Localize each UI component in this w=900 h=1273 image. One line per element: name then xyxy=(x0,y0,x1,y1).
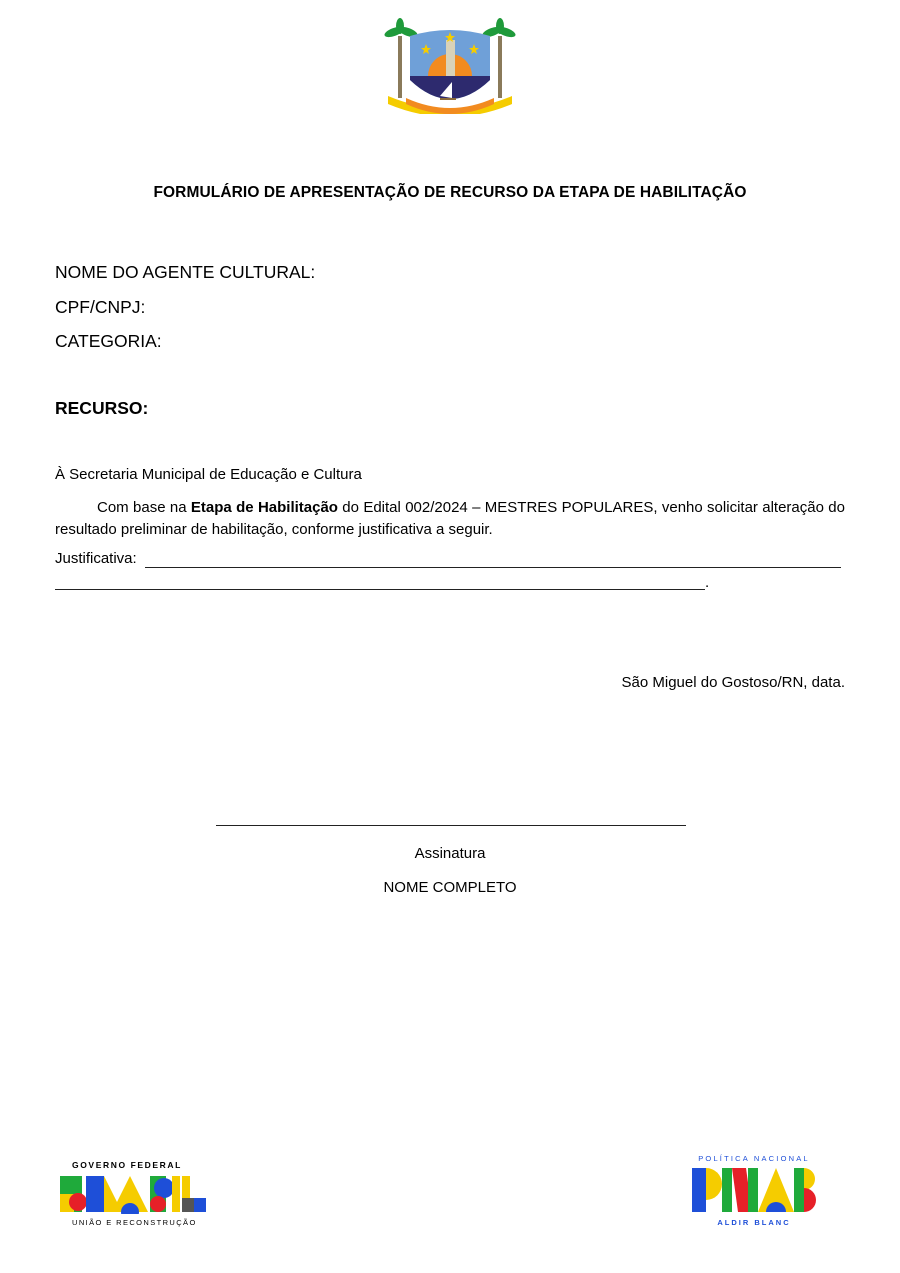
signature-line[interactable] xyxy=(216,825,686,826)
pnab-top-text: POLÍTICA NACIONAL xyxy=(664,1154,844,1163)
pnab-wordmark-icon xyxy=(692,1166,822,1214)
signature-label: Assinatura xyxy=(0,845,900,862)
pnab-bottom-text: ALDIR BLANC xyxy=(664,1218,844,1227)
justification-line-2[interactable] xyxy=(55,589,705,590)
justification-end: . xyxy=(705,574,709,591)
field-agent-name-label: NOME DO AGENTE CULTURAL: xyxy=(55,262,315,283)
signature-name: NOME COMPLETO xyxy=(0,879,900,896)
brasil-wordmark-icon xyxy=(60,1174,208,1214)
justification-line-1[interactable] xyxy=(145,567,841,568)
gov-logo-top-text: GOVERNO FEDERAL xyxy=(72,1160,182,1170)
addressee: À Secretaria Municipal de Educação e Cul… xyxy=(55,466,362,483)
gov-logo-bottom-text: UNIÃO E RECONSTRUÇÃO xyxy=(72,1218,197,1227)
field-cpf-cnpj-label: CPF/CNPJ: xyxy=(55,297,145,318)
paragraph-bold-stage: Etapa de Habilitação xyxy=(191,499,338,516)
justification-label: Justificativa: xyxy=(55,550,137,567)
paragraph-intro: Com base na xyxy=(97,499,191,516)
document-title: FORMULÁRIO DE APRESENTAÇÃO DE RECURSO DA… xyxy=(0,184,900,202)
coat-of-arms-icon xyxy=(384,18,516,114)
pnab-aldir-blanc-logo: POLÍTICA NACIONAL ALDIR BLANC xyxy=(664,1146,844,1238)
field-category-label: CATEGORIA: xyxy=(55,331,162,352)
place-date: São Miguel do Gostoso/RN, data. xyxy=(0,674,845,691)
request-paragraph: Com base na Etapa de Habilitação do Edit… xyxy=(55,497,845,541)
recurso-heading: RECURSO: xyxy=(55,398,148,419)
municipal-crest-logo xyxy=(384,18,516,114)
governo-federal-logo: GOVERNO FEDERAL UNIÃO E RECONSTRUÇÃO xyxy=(60,1160,210,1230)
